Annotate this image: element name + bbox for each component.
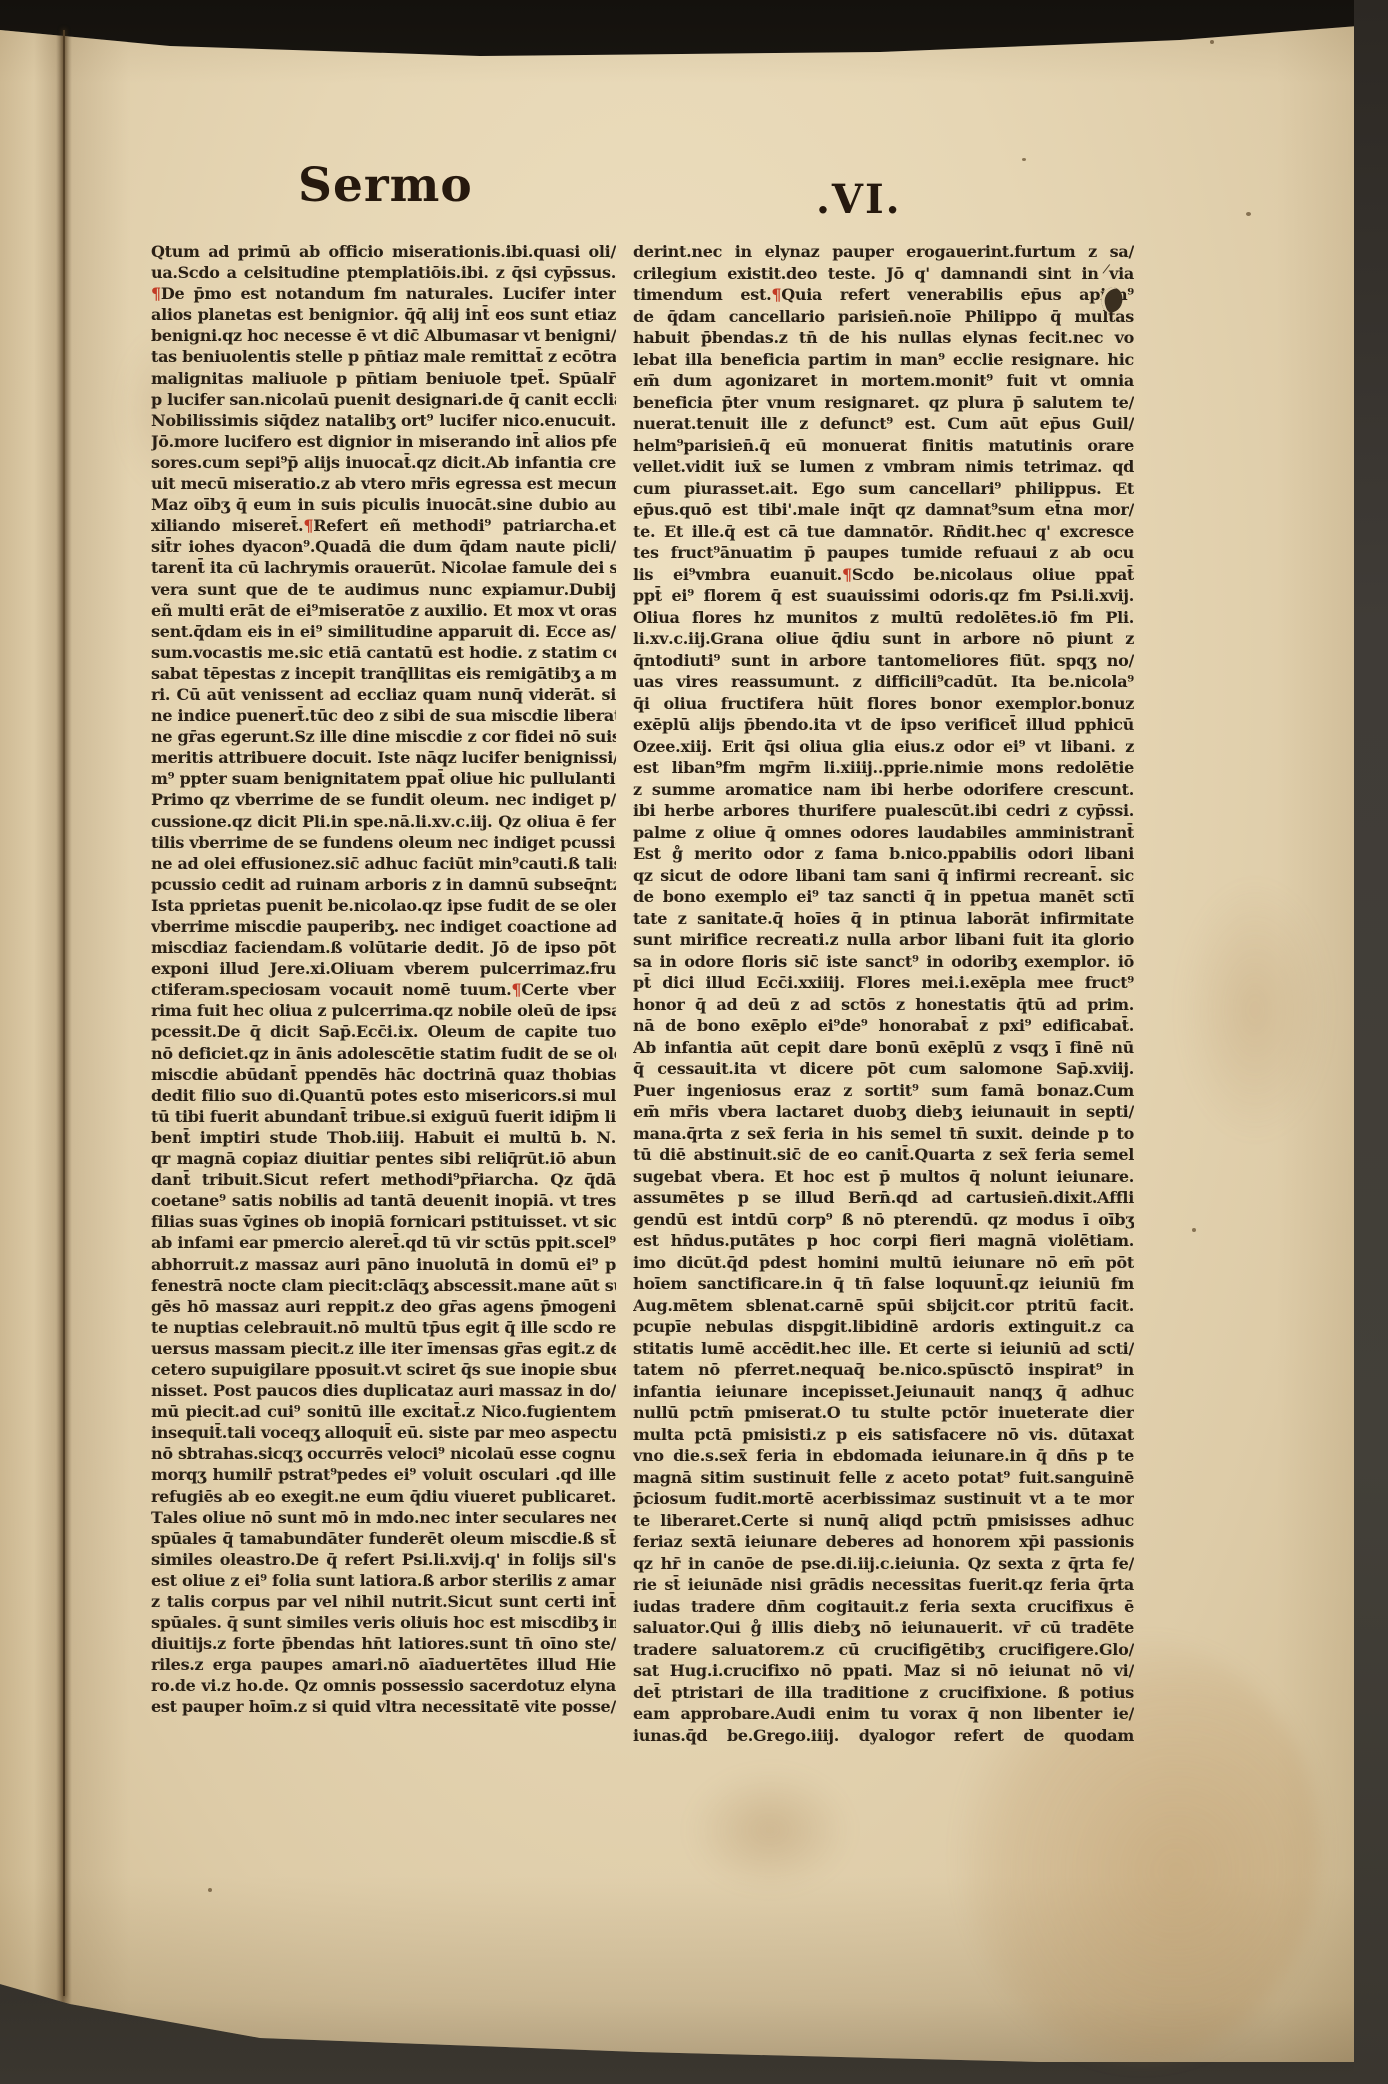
- paper-speck: [208, 1888, 212, 1892]
- text-line: meritis attribuere docuit. Iste nāqz luc…: [151, 747, 616, 768]
- text-line: feriaz sextā ieiunare deberes ad honorem…: [633, 1531, 1134, 1553]
- text-line: ppt̄ ei⁹ florem q̄ est suauissimi odoris…: [633, 585, 1134, 607]
- text-line: crilegium existit.deo teste. Jō q' damna…: [633, 263, 1134, 285]
- text-line: rima fuit hec oliua z pulcerrima.qz nobi…: [151, 1000, 616, 1021]
- text-line: ro.de vi.z ho.de. Qz omnis possessio sac…: [151, 1675, 616, 1696]
- text-line: ne gr̄as egerunt.Sz ille dine miscdie z …: [151, 726, 616, 747]
- text-line: similes oleastro.De q̄ refert Psi.li.xvi…: [151, 1549, 616, 1570]
- text-line: insequit̄.tali voceqʒ alloquit̄ eū. sist…: [151, 1422, 616, 1443]
- text-line: Jō.more lucifero est dignior in miserand…: [151, 431, 616, 452]
- text-line: Qtum ad primū ab officio miserationis.ib…: [151, 241, 616, 262]
- text-line: pcessit.De q̄ dicit Sap̄.Ecc̄i.ix. Oleum…: [151, 1021, 616, 1042]
- text-column-right: derint.nec in elynaz pauper erogauerint.…: [633, 241, 1134, 1746]
- text-line: miscdie abūdant̄ ppendēs hāc doctrinā qu…: [151, 1064, 616, 1085]
- paper-speck: [1022, 158, 1026, 161]
- text-line: diuitijs.z forte p̄bendas hn̄t latiores.…: [151, 1633, 616, 1654]
- text-line: uit mecū miseratio.z ab vtero mr̄is egre…: [151, 473, 616, 494]
- text-line: nuerat.tenuit ille z defunct⁹ est. Cum a…: [633, 413, 1134, 435]
- text-line: hoīem sanctificare.in q̄ tn̄ false loquu…: [633, 1273, 1134, 1295]
- text-line: ep̄us.quō est tibi'.male inq̄t qz damnat…: [633, 499, 1134, 521]
- text-line: Aug.mētem sblenat.carnē spūi sbijcit.cor…: [633, 1295, 1134, 1317]
- text-line: ua.Scdo a celsitudine ptemplatiōis.ibi. …: [151, 262, 616, 283]
- text-line: z summe aromatice nam ibi herbe odorifer…: [633, 779, 1134, 801]
- text-line: em̄ dum agonizaret in mortem.monit⁹ fuit…: [633, 370, 1134, 392]
- gutter-crease: [63, 30, 65, 1996]
- text-line: tū diē abstinuit.sic̄ de eo canit̄.Quart…: [633, 1144, 1134, 1166]
- text-line: derint.nec in elynaz pauper erogauerint.…: [633, 241, 1134, 263]
- text-line: uersus massam piecit.z ille iter īmensas…: [151, 1338, 616, 1359]
- text-line: morqʒ humilr̄ pstrat⁹pedes ei⁹ voluit os…: [151, 1464, 616, 1485]
- pilcrow-rubric: ¶: [511, 980, 521, 999]
- text-line: dant̄ tribuit.Sicut refert methodi⁹pr̄ia…: [151, 1169, 616, 1190]
- text-line: lebat illa beneficia partim in man⁹ eccl…: [633, 349, 1134, 371]
- text-line: q̄i oliua fructifera hūit flores bonor e…: [633, 693, 1134, 715]
- pilcrow-rubric: ¶: [842, 565, 852, 584]
- text-line: xiliando miseret̄.¶Refert eñ methodi⁹ pa…: [151, 515, 616, 536]
- text-line: qz hr̄ in canōe de pse.di.iij.c.ieiunia.…: [633, 1553, 1134, 1575]
- text-line: saluator.Qui g̊ illis diebʒ nō ieiunauer…: [633, 1617, 1134, 1639]
- text-line: de q̄dam cancellario parisien̄.noīe Phil…: [633, 306, 1134, 328]
- text-line: ab infami ear pmercio aleret̄.qd tū vir …: [151, 1232, 616, 1253]
- text-line: qr magnā copiaz diuitiar pentes sibi rel…: [151, 1148, 616, 1169]
- scan-background-strip: [1354, 0, 1388, 2084]
- text-line: te nuptias celebrauit.nō multū tp̄us egi…: [151, 1317, 616, 1338]
- text-line: sabat tēpestas z incepit tranq̄llitas ei…: [151, 663, 616, 684]
- text-line: alios planetas est benignior. q̄q̄ alij …: [151, 304, 616, 325]
- text-line: refugiēs ab eo exegit.ne eum q̄diu viuer…: [151, 1486, 616, 1507]
- text-line: Puer ingeniosus eraz z sortit⁹ sum famā …: [633, 1080, 1134, 1102]
- text-line: sent.q̄dam eis in ei⁹ similitudine appar…: [151, 621, 616, 642]
- text-line: cum piurasset.ait. Ego sum cancellari⁹ p…: [633, 478, 1134, 500]
- text-line: est liban⁹fm mgr̄m li.xiiij..pprie.nimie…: [633, 757, 1134, 779]
- text-line: Est g̊ merito odor z fama b.nico.ppabili…: [633, 843, 1134, 865]
- text-line: lis ei⁹vmbra euanuit.¶Scdo be.nicolaus o…: [633, 564, 1134, 586]
- text-line: Oliua flores hz munitos z multū redolēte…: [633, 607, 1134, 629]
- text-line: tas beniuolentis stelle p pn̄tiaz male r…: [151, 346, 616, 367]
- text-line: Maz oībʒ q̄ eum in suis piculis inuocāt.…: [151, 494, 616, 515]
- text-line: Primo qz vberrime de se fundit oleum. ne…: [151, 789, 616, 810]
- text-line: li.xv.c.iij.Grana oliue q̄diu sunt in ar…: [633, 628, 1134, 650]
- text-line: gendū est intdū corp⁹ ß nō pterendū. qz …: [633, 1209, 1134, 1231]
- text-line: cetero supuigilare pposuit.vt sciret q̄s…: [151, 1359, 616, 1380]
- text-line: spūales q̄ tamabundāter funderēt oleum m…: [151, 1528, 616, 1549]
- text-line: imo dicūt.q̄d pdest homini multū ieiunar…: [633, 1252, 1134, 1274]
- text-line: spūales. q̄ sunt similes veris oliuis ho…: [151, 1612, 616, 1633]
- text-line: tes fruct⁹ānuatim p̄ paupes tumide refua…: [633, 542, 1134, 564]
- text-line: infantia ieiunare incepisset.Jeiunauit n…: [633, 1381, 1134, 1403]
- text-line: p lucifer san.nicolaū puenit designari.d…: [151, 389, 616, 410]
- text-line: ctiferam.speciosam vocauit nomē tuum.¶Ce…: [151, 979, 616, 1000]
- pilcrow-rubric: ¶: [771, 285, 781, 304]
- text-line: iunas.q̄d be.Grego.iiij. dyalogor refert…: [633, 1725, 1134, 1747]
- text-line: stitatis lumē accēdit.hec ille. Et certe…: [633, 1338, 1134, 1360]
- scanned-book-photo: { "page": { "header": { "title": "Sermo"…: [0, 0, 1388, 2084]
- text-line: nisset. Post paucos dies duplicataz auri…: [151, 1380, 616, 1401]
- text-line: sores.cum sepi⁹p̄ alijs inuocat̄.qz dici…: [151, 452, 616, 473]
- text-line: sugebat vbera. Et hoc est p̄ multos q̄ n…: [633, 1166, 1134, 1188]
- text-line: beneficia p̄ter vnum resignaret. qz plur…: [633, 392, 1134, 414]
- text-line: rie st̄ ieiunāde nisi grādis necessitas …: [633, 1574, 1134, 1596]
- text-line: Ista pprietas puenit be.nicolao.qz ipse …: [151, 895, 616, 916]
- text-line: exponi illud Jere.xi.Oliuam vberem pulce…: [151, 958, 616, 979]
- text-line: est oliue z ei⁹ folia sunt latiora.ß arb…: [151, 1570, 616, 1591]
- text-line: pcupīe nebulas dispgit.libidinē ardoris …: [633, 1316, 1134, 1338]
- text-line: honor q̄ ad deū z ad sctōs z honestatis …: [633, 994, 1134, 1016]
- text-line: bent̄ imptiri stude Thob.iiij. Habuit ei…: [151, 1127, 616, 1148]
- text-line: sunt mirifice recreati.z nulla arbor lib…: [633, 929, 1134, 951]
- text-line: est hn̄dus.putātes p hoc corpi fieri mag…: [633, 1230, 1134, 1252]
- text-line: iudas tradere dn̄m cogitauit.z feria sex…: [633, 1596, 1134, 1618]
- text-line: vellet.vidit iux̄ se lumen z vmbram nimi…: [633, 456, 1134, 478]
- text-line: tarent̄ ita cū lachrymis orauerūt. Nicol…: [151, 557, 616, 578]
- text-line: nō deficiet.qz in ānis adolescētie stati…: [151, 1043, 616, 1064]
- text-line: qz sicut de odore libani tam sani q̄ inf…: [633, 865, 1134, 887]
- text-line: assumētes p se illud Bern̄.qd ad cartusi…: [633, 1187, 1134, 1209]
- text-line: mū piecit.ad cui⁹ sonitū ille excitat̄.z…: [151, 1401, 616, 1422]
- text-line: coetane⁹ satis nobilis ad tantā deuenit …: [151, 1190, 616, 1211]
- text-line: Nobilissimis siq̄dez natalibʒ ort⁹ lucif…: [151, 410, 616, 431]
- text-line: mana.q̄rta z sex̄ feria in his semel tn̄…: [633, 1123, 1134, 1145]
- text-line: uas vires reassumunt. z difficili⁹cadūt.…: [633, 671, 1134, 693]
- text-line: nullū pctm̄ pmiserat.O tu stulte pctōr i…: [633, 1402, 1134, 1424]
- text-line: abhorruit.z massaz auri pāno inuolutā in…: [151, 1254, 616, 1275]
- text-line: det̄ ptristari de illa traditione z cruc…: [633, 1682, 1134, 1704]
- text-line: de bono exemplo ei⁹ taz sancti q̄ in ppe…: [633, 886, 1134, 908]
- text-line: tilis vberrime de se fundens oleum nec i…: [151, 832, 616, 853]
- text-line: malignitas maliuole p pn̄tiam beniuole t…: [151, 368, 616, 389]
- text-line: tate z sanitate.q̄ hoīes q̄ in ptinua la…: [633, 908, 1134, 930]
- text-line: riles.z erga paupes amari.nō aīaduertēte…: [151, 1654, 616, 1675]
- text-line: Ozee.xiij. Erit q̄si oliua glia eius.z o…: [633, 736, 1134, 758]
- text-line: te liberaret.Certe si nunq̄ aliqd pctm̄ …: [633, 1510, 1134, 1532]
- pilcrow-rubric: ¶: [151, 284, 161, 303]
- text-line: sum.vocastis me.sic etiā cantatū est hod…: [151, 642, 616, 663]
- text-line: nō sbtrahas.sicqʒ occurrēs veloci⁹ nicol…: [151, 1443, 616, 1464]
- text-line: vno die.s.sex̄ feria in ebdomada ieiunar…: [633, 1445, 1134, 1467]
- text-line: tradere saluatorem.z cū crucifigētibʒ cr…: [633, 1639, 1134, 1661]
- text-line: est pauper hoīm.z si quid vltra necessit…: [151, 1696, 616, 1717]
- text-line: vberrime miscdie pauperibʒ. nec indiget …: [151, 916, 616, 937]
- text-line: pt̄ dici illud Ecc̄i.xxiiij. Flores mei.…: [633, 972, 1134, 994]
- text-line: exēplū alijs p̄bendo.ita vt de ipso veri…: [633, 714, 1134, 736]
- text-line: multa pctā pmisisti.z p eis satisfacere …: [633, 1424, 1134, 1446]
- text-line: Ab infantia aūt cepit dare bonū exēplū z…: [633, 1037, 1134, 1059]
- text-line: magnā sitim sustinuit felle z aceto pota…: [633, 1467, 1134, 1489]
- text-line: pcussio cedit ad ruinam arboris z in dam…: [151, 874, 616, 895]
- text-line: timendum est.¶Quia refert venerabilis ep…: [633, 284, 1134, 306]
- text-line: ibi herbe arbores thurifere pualescūt.ib…: [633, 800, 1134, 822]
- text-line: p̄ciosum fudit.mortē acerbissimaz sustin…: [633, 1488, 1134, 1510]
- text-line: ne ad olei effusionez.sic̄ adhuc faciūt …: [151, 853, 616, 874]
- text-line: m⁹ ppter suam benignitatem ppat̄ oliue h…: [151, 768, 616, 789]
- text-column-left: Qtum ad primū ab officio miserationis.ib…: [151, 241, 616, 1718]
- text-line: benigni.qz hoc necesse ē vt dic̄ Albumas…: [151, 325, 616, 346]
- text-line: sat Hug.i.crucifixo nō ppati. Maz si nō …: [633, 1660, 1134, 1682]
- pilcrow-rubric: ¶: [303, 516, 313, 535]
- paper-speck: [1246, 212, 1251, 216]
- text-line: tatem nō pferret.nequaq̄ be.nico.spūsctō…: [633, 1359, 1134, 1381]
- text-line: ¶De p̄mo est notandum fm naturales. Luci…: [151, 283, 616, 304]
- text-line: habuit p̄bendas.z tn̄ de his nullas elyn…: [633, 327, 1134, 349]
- text-line: helm⁹parisien̄.q̄ eū monuerat finitis ma…: [633, 435, 1134, 457]
- text-line: sa in odore floris sic̄ iste sanct⁹ in o…: [633, 951, 1134, 973]
- page-header-number: .VI.: [816, 176, 902, 223]
- text-line: eam approbare.Audi enim tu vorax q̄ non …: [633, 1703, 1134, 1725]
- text-line: te. Et ille.q̄ est cā tue damnatōr. Rn̄d…: [633, 521, 1134, 543]
- text-line: q̄ cessauit.ita vt dicere pōt cum salomo…: [633, 1058, 1134, 1080]
- text-line: vera sunt que de te audimus nunc expiamu…: [151, 579, 616, 600]
- text-line: nā de bono exēplo ei⁹de⁹ honorabat̄ z px…: [633, 1015, 1134, 1037]
- text-line: Tales oliue nō sunt mō in mdo.nec inter …: [151, 1507, 616, 1528]
- paper-speck: [1192, 1228, 1196, 1232]
- text-line: fenestrā nocte clam piecit:clāqʒ abscess…: [151, 1275, 616, 1296]
- text-line: dedit filio suo di.Quantū potes esto mis…: [151, 1085, 616, 1106]
- text-line: gēs hō massaz auri reppit.z deo gr̄as ag…: [151, 1296, 616, 1317]
- text-line: miscdiaz faciendam.ß volūtarie dedit. Jō…: [151, 937, 616, 958]
- text-line: filias suas v̄gines ob inopiā fornicari …: [151, 1211, 616, 1232]
- text-line: cussione.qz dicit Pli.in spe.nā.li.xv.c.…: [151, 811, 616, 832]
- text-line: z talis corpus par vel nihil nutrit.Sicu…: [151, 1591, 616, 1612]
- paper-speck: [1210, 40, 1214, 44]
- text-line: ne indice puenert̄.tūc deo z sibi de sua…: [151, 705, 616, 726]
- page-header-title: Sermo: [298, 158, 473, 213]
- text-line: tū tibi fuerit abundant̄ tribue.si exigu…: [151, 1106, 616, 1127]
- text-line: sit̄r iohes dyacon⁹.Quadā die dum q̄dam …: [151, 536, 616, 557]
- text-line: ri. Cū aūt venissent ad eccliaz quam nun…: [151, 684, 616, 705]
- text-line: em̄ mr̄is vbera lactaret duobʒ diebʒ iei…: [633, 1101, 1134, 1123]
- text-line: q̄ntodiuti⁹ sunt in arbore tantomeliores…: [633, 650, 1134, 672]
- text-line: eñ multi erāt de ei⁹miseratōe z auxilio.…: [151, 600, 616, 621]
- text-line: palme z oliue q̄ omnes odores laudabiles…: [633, 822, 1134, 844]
